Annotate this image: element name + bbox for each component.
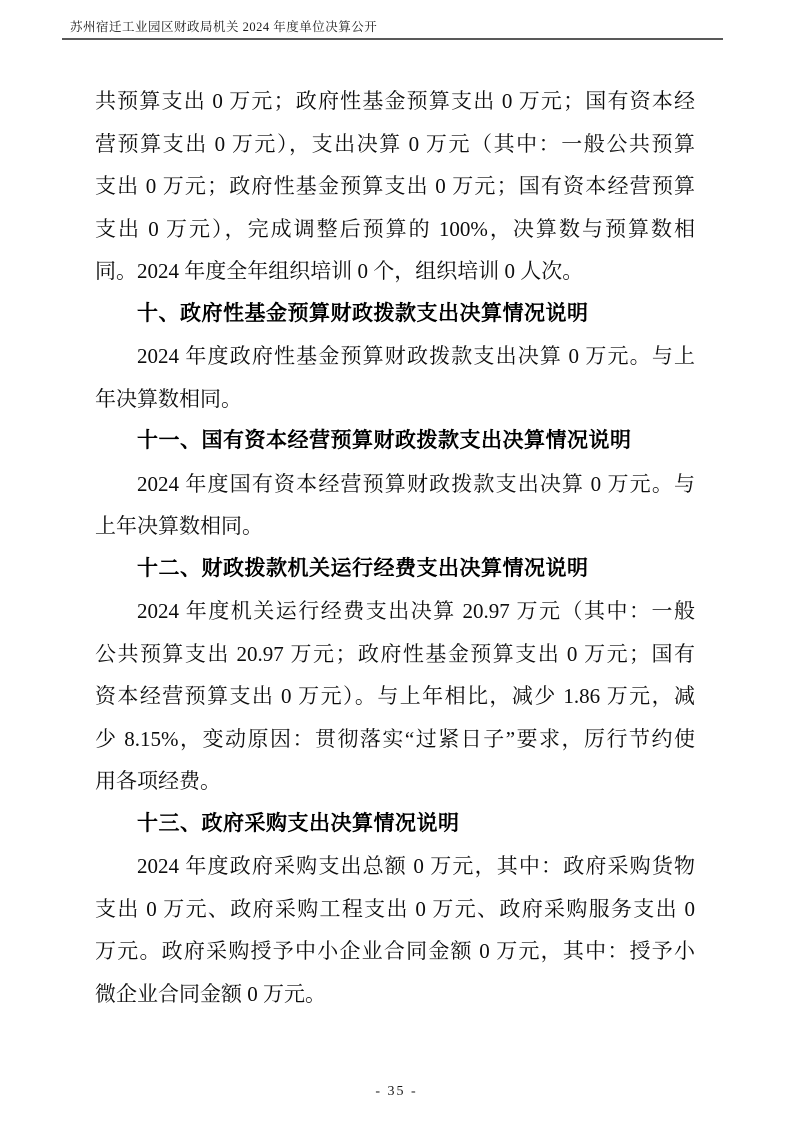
paragraph: 2024 年度政府性基金预算财政拨款支出决算 0 万元。与上年决算数相同。 [95, 335, 695, 420]
text-line: 微企业合同金额 0 万元。 [95, 973, 695, 1016]
text-line: 同。2024 年度全年组织培训 0 个，组织培训 0 人次。 [95, 250, 695, 293]
text-line: 支出 0 万元），完成调整后预算的 100%，决算数与预算数相 [95, 208, 695, 251]
text-line: 万元。政府采购授予中小企业合同金额 0 万元，其中：授予小 [95, 930, 695, 973]
paragraph: 2024 年度政府采购支出总额 0 万元，其中：政府采购货物支出 0 万元、政府… [95, 845, 695, 1015]
text-line: 2024 年度政府采购支出总额 0 万元，其中：政府采购货物 [95, 845, 695, 888]
text-line: 支出 0 万元；政府性基金预算支出 0 万元；国有资本经营预算 [95, 165, 695, 208]
section-heading: 十、政府性基金预算财政拨款支出决算情况说明 [95, 293, 695, 336]
page-number: - 35 - [0, 1084, 793, 1100]
page-header-title: 苏州宿迁工业园区财政局机关 2024 年度单位决算公开 [70, 17, 377, 35]
text-line: 资本经营预算支出 0 万元）。与上年相比，减少 1.86 万元，减 [95, 675, 695, 718]
text-line: 2024 年度国有资本经营预算财政拨款支出决算 0 万元。与 [95, 463, 695, 506]
text-line: 共预算支出 0 万元；政府性基金预算支出 0 万元；国有资本经 [95, 80, 695, 123]
header-divider-rule [62, 38, 723, 40]
text-line: 年决算数相同。 [95, 378, 695, 421]
text-line: 营预算支出 0 万元），支出决算 0 万元（其中：一般公共预算 [95, 123, 695, 166]
document-page: 苏州宿迁工业园区财政局机关 2024 年度单位决算公开 共预算支出 0 万元；政… [0, 0, 793, 1122]
section-heading: 十一、国有资本经营预算财政拨款支出决算情况说明 [95, 420, 695, 463]
text-line: 用各项经费。 [95, 760, 695, 803]
text-line: 上年决算数相同。 [95, 505, 695, 548]
section-heading: 十三、政府采购支出决算情况说明 [95, 803, 695, 846]
paragraph: 共预算支出 0 万元；政府性基金预算支出 0 万元；国有资本经营预算支出 0 万… [95, 80, 695, 293]
text-line: 支出 0 万元、政府采购工程支出 0 万元、政府采购服务支出 0 [95, 888, 695, 931]
text-line: 2024 年度机关运行经费支出决算 20.97 万元（其中：一般 [95, 590, 695, 633]
document-body: 共预算支出 0 万元；政府性基金预算支出 0 万元；国有资本经营预算支出 0 万… [95, 80, 695, 1015]
section-heading: 十二、财政拨款机关运行经费支出决算情况说明 [95, 548, 695, 591]
paragraph: 2024 年度国有资本经营预算财政拨款支出决算 0 万元。与上年决算数相同。 [95, 463, 695, 548]
text-line: 少 8.15%，变动原因：贯彻落实“过紧日子”要求，厉行节约使 [95, 718, 695, 761]
text-line: 公共预算支出 20.97 万元；政府性基金预算支出 0 万元；国有 [95, 633, 695, 676]
text-line: 2024 年度政府性基金预算财政拨款支出决算 0 万元。与上 [95, 335, 695, 378]
paragraph: 2024 年度机关运行经费支出决算 20.97 万元（其中：一般公共预算支出 2… [95, 590, 695, 803]
